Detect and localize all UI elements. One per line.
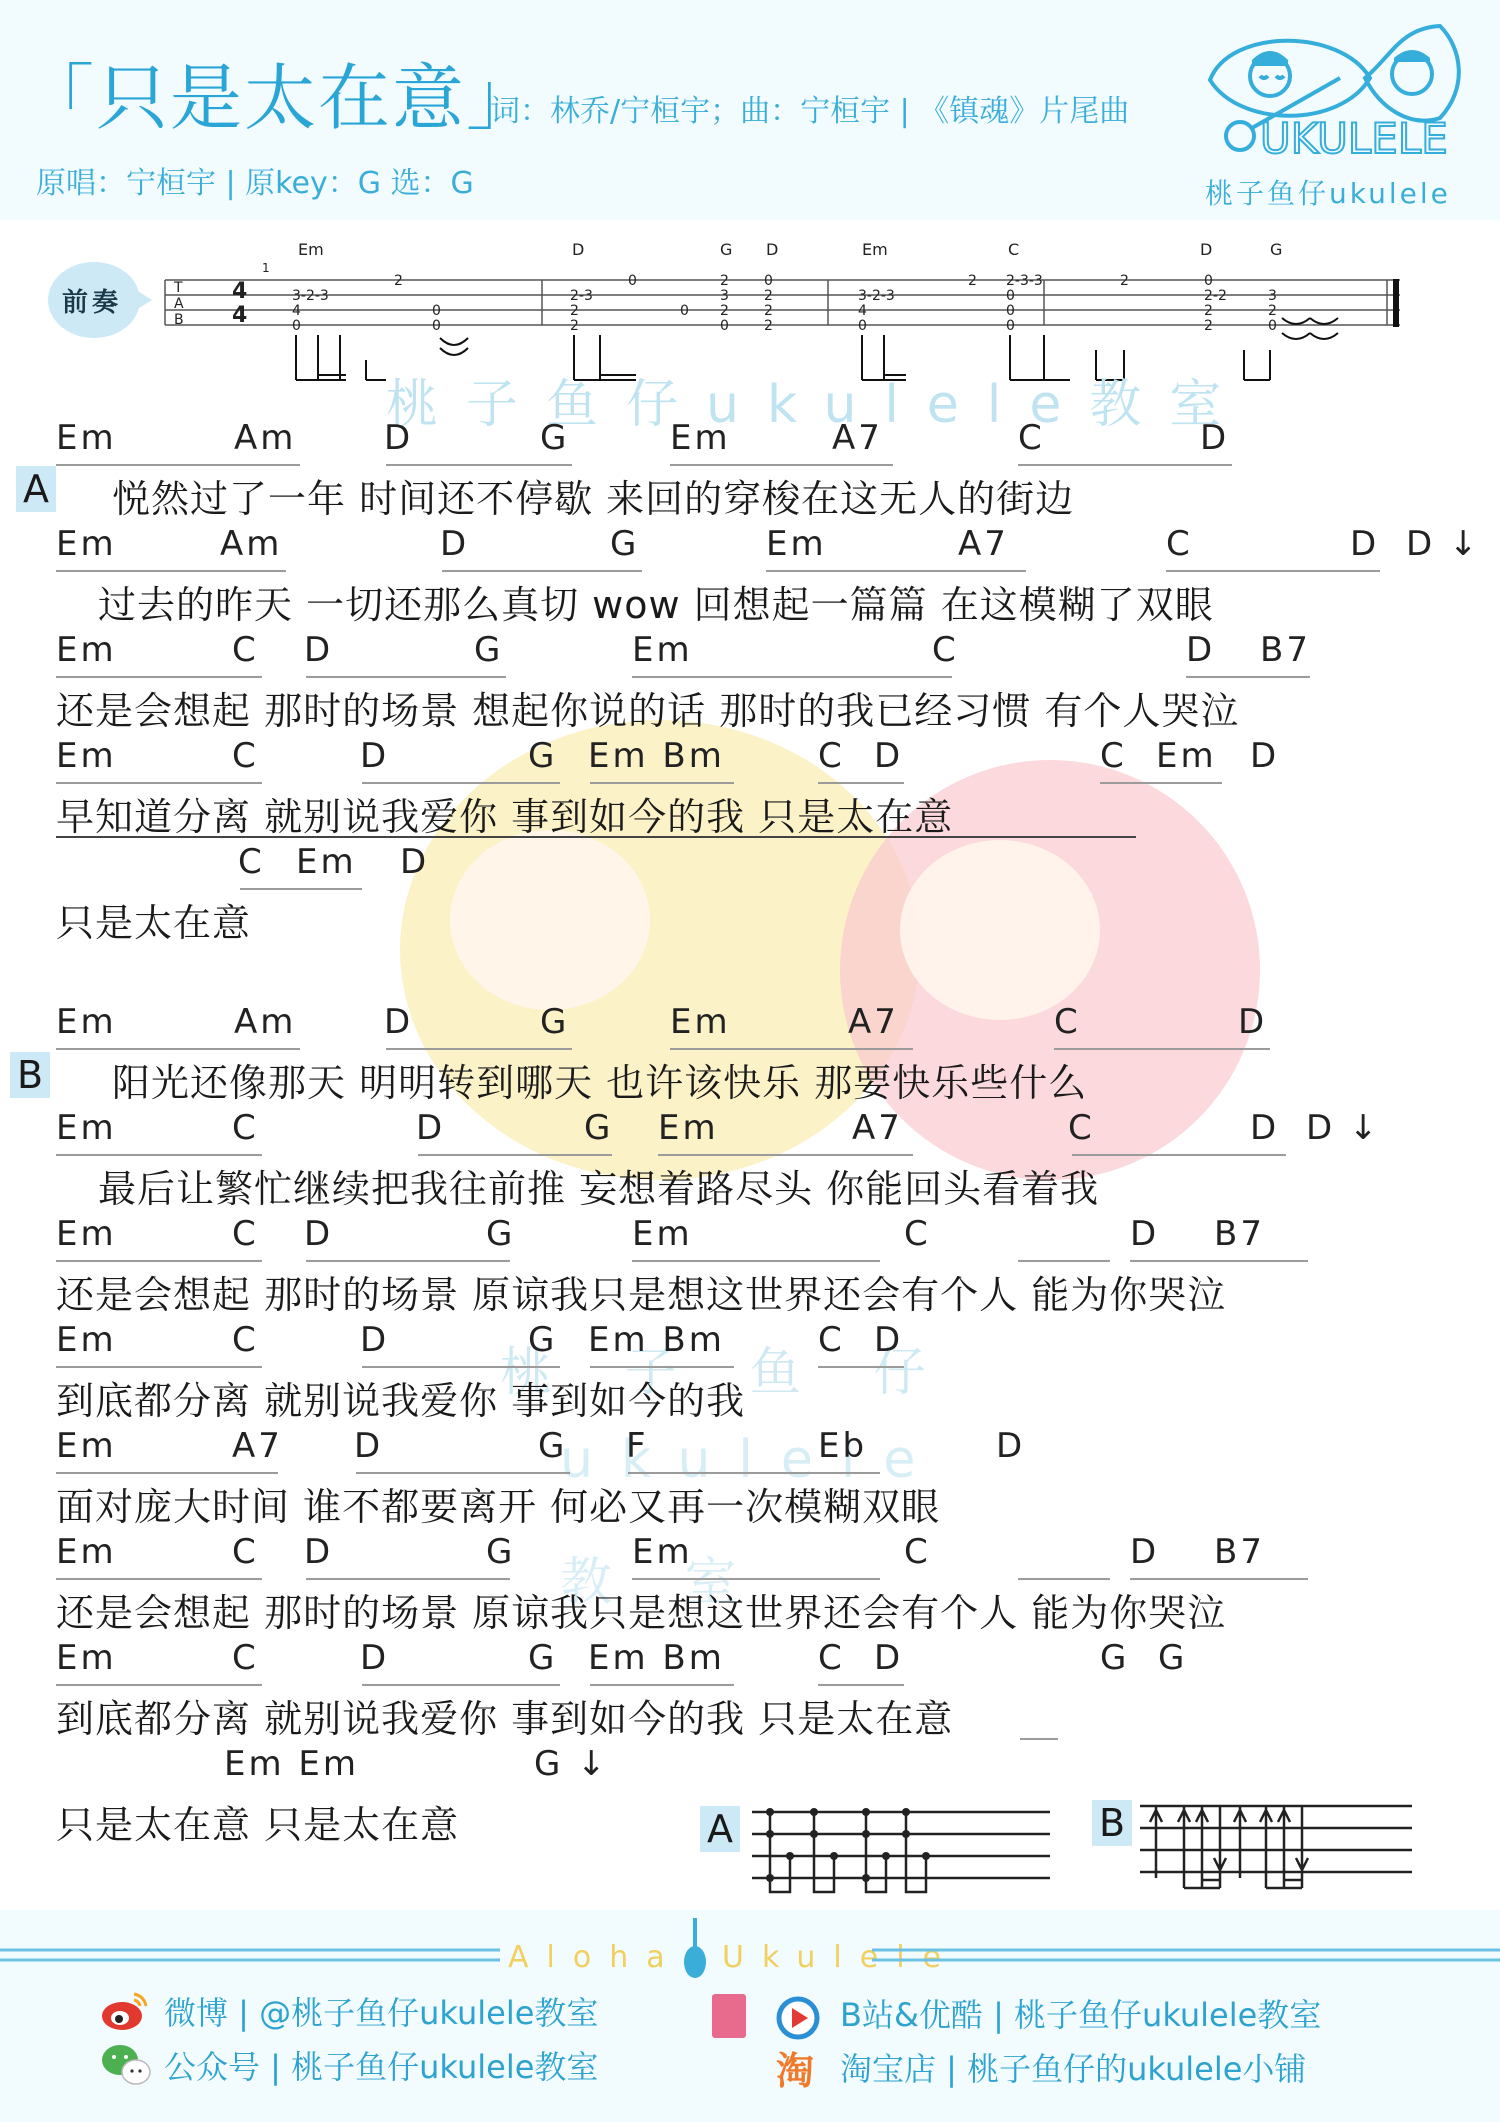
strum-pattern-b xyxy=(1136,1796,1416,1896)
chord-symbol: D xyxy=(1250,736,1279,776)
chord-symbol: C xyxy=(1166,524,1193,564)
chord-symbol: D xyxy=(874,1638,903,1678)
svg-text:2: 2 xyxy=(394,273,403,289)
footer-link-bilibili-youku[interactable]: B站&优酷 | 桃子鱼仔ukulele教室 xyxy=(840,1990,1321,2036)
chord-span-underline xyxy=(386,1048,572,1050)
chord-symbol: D xyxy=(360,1638,389,1678)
chord-span-underline xyxy=(818,1366,904,1368)
chord-symbol: D xyxy=(996,1426,1025,1466)
svg-text:2: 2 xyxy=(720,273,729,289)
chord-span-underline xyxy=(56,1472,278,1474)
chord-span-underline xyxy=(1054,1048,1270,1050)
chord-symbol: C xyxy=(232,1214,259,1254)
chord-symbol: D xyxy=(874,1320,903,1360)
chord-symbol: Em xyxy=(56,1638,117,1678)
chord-symbol: Em xyxy=(56,1426,117,1466)
chord-symbol: G xyxy=(474,630,503,670)
chord-symbol: D ↓ xyxy=(1406,524,1480,564)
chord-symbol: D xyxy=(874,736,903,776)
chord-symbol: D xyxy=(360,736,389,776)
chord-span-underline xyxy=(590,1366,734,1368)
chord-symbol: B7 xyxy=(1260,630,1311,670)
chord-symbol: Eb xyxy=(818,1426,867,1466)
chord-symbol: Em xyxy=(670,418,731,458)
svg-text:2: 2 xyxy=(764,288,773,304)
svg-text:2: 2 xyxy=(968,273,977,289)
hold-line xyxy=(1020,1738,1058,1740)
lyric-line: 阳光还像那天 明明转到哪天 也许该快乐 那要快乐些什么 xyxy=(112,1052,1087,1107)
lyric-line: 早知道分离 就别说我爱你 事到如今的我 只是太在意 xyxy=(56,786,953,841)
svg-text:0: 0 xyxy=(628,273,637,289)
chord-span-underline xyxy=(590,782,734,784)
chord-symbol: C xyxy=(904,1532,931,1572)
chord-span-underline xyxy=(818,782,904,784)
svg-text:2-3: 2-3 xyxy=(570,288,593,304)
chord-span-underline xyxy=(1018,1578,1110,1580)
chord-symbol: C xyxy=(232,1638,259,1678)
chord-span-underline xyxy=(56,1684,262,1686)
chord-symbol: Em xyxy=(56,524,117,564)
svg-text:2: 2 xyxy=(570,303,579,319)
lyric-line: 最后让繁忙继续把我往前推 妄想着路尽头 你能回头看着我 xyxy=(98,1158,1099,1213)
chord-symbol: A7 xyxy=(958,524,1009,564)
svg-text:0: 0 xyxy=(292,318,301,334)
svg-text:B: B xyxy=(174,312,184,328)
footer-divider-right xyxy=(872,1946,1500,1966)
chord-span-underline xyxy=(632,1578,880,1580)
youku-icon xyxy=(776,1996,820,2040)
chord-symbol: Em Em xyxy=(224,1744,359,1784)
chord-span-underline xyxy=(1018,464,1232,466)
chord-symbol: Em xyxy=(56,736,117,776)
chord-symbol: G xyxy=(540,1002,569,1042)
chord-symbol: A7 xyxy=(848,1002,899,1042)
chord-symbol: Em xyxy=(658,1108,719,1148)
chord-symbol: G xyxy=(486,1532,515,1572)
chord-symbol: D xyxy=(400,842,429,882)
svg-text:2: 2 xyxy=(1204,318,1213,334)
svg-text:2: 2 xyxy=(1204,303,1213,319)
chord-symbol: G xyxy=(528,1638,557,1678)
svg-text:0: 0 xyxy=(432,318,441,334)
lyric-line: 悦然过了一年 时间还不停歇 来回的穿梭在这无人的街边 xyxy=(112,468,1074,523)
chord-symbol: Em xyxy=(1156,736,1217,776)
chord-symbol: A7 xyxy=(832,418,883,458)
chord-symbol: D xyxy=(1350,524,1379,564)
chord-symbol: D xyxy=(1238,1002,1267,1042)
chord-symbol: Em xyxy=(670,1002,731,1042)
svg-text:A: A xyxy=(174,296,184,312)
svg-text:3: 3 xyxy=(1268,288,1277,304)
svg-text:4: 4 xyxy=(232,303,247,328)
chord-symbol: D xyxy=(360,1320,389,1360)
footer-link-taobao[interactable]: 淘宝店 | 桃子鱼仔的ukulele小铺 xyxy=(840,2044,1306,2090)
svg-text:0: 0 xyxy=(680,303,689,319)
chord-symbol: D xyxy=(1250,1108,1279,1148)
chord-symbol: G xyxy=(1100,1638,1129,1678)
chord-symbol: C xyxy=(232,1320,259,1360)
song-title: 「只是太在意」 xyxy=(22,40,540,144)
chord-symbol: C xyxy=(1100,736,1127,776)
chord-symbol: D xyxy=(1200,418,1229,458)
svg-text:2: 2 xyxy=(720,303,729,319)
chord-span-underline xyxy=(1130,1578,1308,1580)
chord-symbol: G xyxy=(610,524,639,564)
chord-symbol: Em xyxy=(56,630,117,670)
chord-symbol: A7 xyxy=(232,1426,283,1466)
chord-symbol: Am xyxy=(234,418,296,458)
chord-span-underline xyxy=(306,676,506,678)
chord-span-underline xyxy=(240,888,362,890)
chord-symbol: Em xyxy=(56,1320,117,1360)
lyric-line: 还是会想起 那时的场景 原谅我只是想这世界还会有个人 能为你哭泣 xyxy=(56,1582,1226,1637)
chord-symbol: Em Bm xyxy=(588,1320,725,1360)
footer-divider-left xyxy=(0,1946,500,1966)
svg-text:2: 2 xyxy=(764,318,773,334)
chord-symbol: D xyxy=(354,1426,383,1466)
footer-link-wechat[interactable]: 公众号 | 桃子鱼仔ukulele教室 xyxy=(164,2042,598,2088)
chord-symbol: Em xyxy=(56,1214,117,1254)
chord-symbol: D ↓ xyxy=(1306,1108,1380,1148)
chord-span-underline xyxy=(1100,782,1222,784)
lyric-line: 还是会想起 那时的场景 想起你说的话 那时的我已经习惯 有个人哭泣 xyxy=(56,680,1239,735)
svg-text:0: 0 xyxy=(720,318,729,334)
chord-symbol: D xyxy=(1130,1214,1159,1254)
chord-symbol: Em xyxy=(632,630,693,670)
chord-symbol: D xyxy=(304,630,333,670)
wechat-icon xyxy=(100,2042,154,2088)
chord-span-underline xyxy=(56,1154,262,1156)
chord-symbol: A7 xyxy=(852,1108,903,1148)
chord-symbol: C xyxy=(1068,1108,1095,1148)
ukulele-icon xyxy=(682,1918,708,1980)
chord-symbol: F xyxy=(626,1426,649,1466)
svg-text:2: 2 xyxy=(764,303,773,319)
chord-symbol: D xyxy=(416,1108,445,1148)
chord-symbol: G xyxy=(528,1320,557,1360)
chord-span-underline xyxy=(670,1048,913,1050)
chord-symbol: G ↓ xyxy=(534,1744,609,1784)
chord-span-underline xyxy=(306,1578,510,1580)
chord-span-underline xyxy=(306,1260,510,1262)
svg-text:0: 0 xyxy=(432,303,441,319)
illustration-boy-face xyxy=(900,840,1100,1020)
chord-span-underline xyxy=(362,782,560,784)
chord-symbol: D xyxy=(1130,1532,1159,1572)
chord-span-underline xyxy=(56,1366,262,1368)
chord-symbol: Em xyxy=(632,1214,693,1254)
svg-text:2-2: 2-2 xyxy=(1204,288,1227,304)
strum-tag-b: B xyxy=(1092,1800,1132,1846)
chord-symbol: D xyxy=(1186,630,1215,670)
lyric-line: 只是太在意 只是太在意 xyxy=(56,1794,459,1849)
footer-link-weibo[interactable]: 微博 | @桃子鱼仔ukulele教室 xyxy=(164,1988,598,2034)
chord-span-underline xyxy=(1072,1154,1286,1156)
chord-symbol: C xyxy=(818,1320,845,1360)
chord-symbol: Em xyxy=(56,1002,117,1042)
illustration-girl-face xyxy=(450,830,650,1010)
strum-pattern-a xyxy=(740,1800,1060,1900)
chord-span-underline xyxy=(56,1578,262,1580)
svg-text:0: 0 xyxy=(1006,318,1015,334)
song-subcredits: 原唱：宁桓宇 | 原key：G 选：G xyxy=(36,158,474,202)
song-credits: 词：林乔/宁桓宇；曲：宁桓宇 | 《镇魂》片尾曲 xyxy=(490,86,1129,130)
chord-span-underline xyxy=(56,1048,300,1050)
strum-tag-a: A xyxy=(700,1806,740,1852)
chord-symbol: C xyxy=(232,1532,259,1572)
chord-span-underline xyxy=(386,464,572,466)
chord-symbol: G xyxy=(538,1426,567,1466)
svg-text:3-2-3: 3-2-3 xyxy=(858,288,895,304)
chord-span-underline xyxy=(670,464,893,466)
svg-text:1: 1 xyxy=(262,261,270,275)
chord-symbol: C xyxy=(1054,1002,1081,1042)
chord-symbol: G xyxy=(528,736,557,776)
chord-symbol: Em xyxy=(632,1532,693,1572)
bilibili-icon xyxy=(712,1994,746,2038)
lyric-line: 只是太在意 xyxy=(56,892,251,947)
weibo-icon xyxy=(100,1990,150,2032)
svg-text:3-2-3: 3-2-3 xyxy=(292,288,329,304)
chord-span-underline xyxy=(1130,1260,1308,1262)
lyric-line: 到底都分离 就别说我爱你 事到如今的我 xyxy=(56,1370,745,1425)
chord-span-underline xyxy=(1166,570,1380,572)
chord-symbol: Em xyxy=(296,842,357,882)
chord-span-underline xyxy=(362,1684,560,1686)
chord-symbol: Em Bm xyxy=(588,736,725,776)
lyric-line: 面对庞大时间 谁不都要离开 何必又再一次模糊双眼 xyxy=(56,1476,940,1531)
chord-symbol: G xyxy=(540,418,569,458)
svg-text:2-3-3: 2-3-3 xyxy=(1006,273,1043,289)
chord-symbol: B7 xyxy=(1214,1214,1265,1254)
chord-span-underline xyxy=(442,570,642,572)
chord-span-underline xyxy=(1018,1260,1110,1262)
watermark-intro: 桃子鱼仔ukulele教室 xyxy=(386,362,1249,437)
chord-span-underline xyxy=(356,1472,570,1474)
chord-span-underline xyxy=(590,1684,734,1686)
svg-text:0: 0 xyxy=(1204,273,1213,289)
svg-text:0: 0 xyxy=(858,318,867,334)
chord-span-underline xyxy=(418,1154,612,1156)
chord-symbol: G xyxy=(486,1214,515,1254)
logo-caption: 桃子鱼仔ukulele xyxy=(1205,172,1451,212)
chord-symbol: C xyxy=(232,630,259,670)
chord-symbol: C xyxy=(904,1214,931,1254)
svg-text:T: T xyxy=(173,280,183,296)
chord-symbol: Am xyxy=(234,1002,296,1042)
svg-text:0: 0 xyxy=(1268,318,1277,334)
lyric-line: 过去的昨天 一切还那么真切 wow 回想起一篇篇 在这模糊了双眼 xyxy=(98,574,1214,629)
chord-span-underline xyxy=(632,676,952,678)
taobao-icon: 淘 xyxy=(776,2040,814,2095)
header: 「只是太在意」 词：林乔/宁桓宇；曲：宁桓宇 | 《镇魂》片尾曲 原唱：宁桓宇 … xyxy=(0,0,1500,220)
chord-symbol: D xyxy=(384,418,413,458)
footer-brand-aloha: Aloha xyxy=(508,1940,683,1975)
chord-span-underline xyxy=(766,570,1026,572)
chord-symbol: C xyxy=(932,630,959,670)
svg-text:UKULELE: UKULELE xyxy=(1260,114,1448,158)
svg-text:2: 2 xyxy=(570,318,579,334)
chord-symbol: C xyxy=(238,842,265,882)
svg-text:4: 4 xyxy=(858,303,867,319)
chord-span-underline xyxy=(818,1684,904,1686)
chord-symbol: D xyxy=(440,524,469,564)
svg-text:2: 2 xyxy=(1268,303,1277,319)
svg-text:4: 4 xyxy=(232,279,247,304)
lyric-line: 还是会想起 那时的场景 原谅我只是想这世界还会有个人 能为你哭泣 xyxy=(56,1264,1226,1319)
chord-symbol: Em xyxy=(56,418,117,458)
chord-symbol: C xyxy=(818,1638,845,1678)
chord-span-underline xyxy=(628,1472,880,1474)
chord-span-underline xyxy=(1186,676,1310,678)
chord-span-underline xyxy=(56,570,286,572)
svg-text:0: 0 xyxy=(764,273,773,289)
chord-symbol: D xyxy=(304,1532,333,1572)
chord-span-underline xyxy=(632,1260,880,1262)
chord-symbol: C xyxy=(818,736,845,776)
chord-symbol: C xyxy=(232,736,259,776)
chord-span-underline xyxy=(56,1260,262,1262)
chord-symbol: Em xyxy=(56,1108,117,1148)
chord-symbol: Am xyxy=(220,524,282,564)
chord-symbol: G xyxy=(584,1108,613,1148)
lyric-line: 到底都分离 就别说我爱你 事到如今的我 只是太在意 xyxy=(56,1688,953,1743)
chord-symbol: B7 xyxy=(1214,1532,1265,1572)
chord-span-underline xyxy=(362,1366,560,1368)
fish-ukulele-logo-icon: UKULELE xyxy=(1200,18,1470,158)
svg-text:2: 2 xyxy=(1120,273,1129,289)
chord-symbol: C xyxy=(1018,418,1045,458)
svg-text:0: 0 xyxy=(1006,288,1015,304)
chord-symbol: G xyxy=(1158,1638,1187,1678)
section-tag-b: B xyxy=(10,1052,50,1098)
svg-text:4: 4 xyxy=(292,303,301,319)
svg-text:3: 3 xyxy=(720,288,729,304)
chord-span-underline xyxy=(56,676,262,678)
lyric-underline xyxy=(56,836,1136,838)
chord-span-underline xyxy=(658,1154,913,1156)
svg-text:0: 0 xyxy=(1006,303,1015,319)
chord-symbol: Em Bm xyxy=(588,1638,725,1678)
chord-span-underline xyxy=(56,782,262,784)
chord-symbol: Em xyxy=(56,1532,117,1572)
chord-symbol: D xyxy=(384,1002,413,1042)
chord-symbol: Em xyxy=(766,524,827,564)
chord-symbol: D xyxy=(304,1214,333,1254)
chord-symbol: C xyxy=(232,1108,259,1148)
section-tag-a: A xyxy=(16,466,56,512)
chord-span-underline xyxy=(56,464,300,466)
